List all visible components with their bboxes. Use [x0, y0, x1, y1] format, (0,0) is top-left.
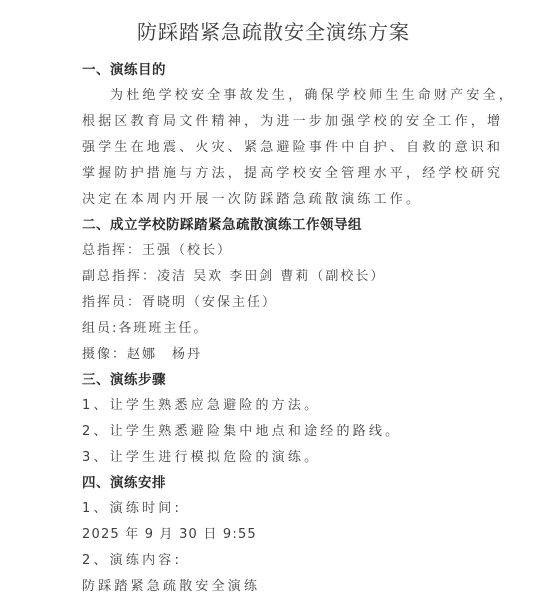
section-heading-leadership: 二、成立学校防踩踏紧急疏散演练工作领导组: [82, 215, 362, 235]
commander-line: 总指挥：王强（校长）: [82, 241, 232, 261]
section-heading-steps: 三、演练步骤: [82, 370, 166, 390]
step-item: 2、让学生熟悉避险集中地点和途经的路线。: [82, 422, 401, 442]
paragraph-line: 根据区教育局文件精神，为进一步加强学校的安全工作，增: [82, 112, 503, 132]
deputy-commander-line: 副总指挥：凌洁 吴欢 李田剑 曹莉（副校长）: [82, 267, 385, 287]
drill-time-value: 2025 年 9 月 30 日 9:55: [82, 525, 257, 545]
paragraph-line: 决定在本周内开展一次防踩踏急疏散演练工作。: [82, 190, 422, 210]
drill-content-value: 防踩踏紧急疏散安全演练: [82, 577, 260, 597]
document-title: 防踩踏紧急疏散安全演练方案: [0, 18, 547, 46]
step-item: 3、让学生进行模拟危险的演练。: [82, 448, 320, 468]
camera-line: 摄像：赵娜 杨丹: [82, 345, 202, 365]
director-line: 指挥员：胥晓明（安保主任）: [82, 293, 277, 313]
drill-content-label: 2、演练内容:: [82, 551, 182, 571]
step-item: 1、让学生熟悉应急避险的方法。: [82, 396, 320, 416]
drill-time-label: 1、演练时间:: [82, 499, 182, 519]
paragraph-line: 强学生在地震、火灾、紧急避险事件中自护、自救的意识和: [82, 138, 503, 158]
paragraph-line: 掌握防护措施与方法，提高学校安全管理水平，经学校研究: [82, 164, 503, 184]
section-heading-arrangement: 四、演练安排: [82, 473, 166, 493]
section-heading-purpose: 一、演练目的: [82, 60, 166, 80]
document-page: 防踩踏紧急疏散安全演练方案 一、演练目的 为杜绝学校安全事故发生，确保学校师生生…: [0, 0, 547, 609]
paragraph-line: 为杜绝学校安全事故发生，确保学校师生生命财产安全，: [110, 86, 515, 106]
members-line: 组员:各班班主任。: [82, 319, 208, 339]
